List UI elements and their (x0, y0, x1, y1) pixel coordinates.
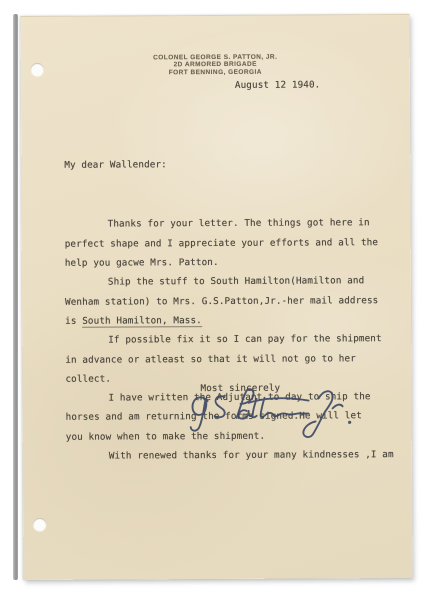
letter-line: If possible fix it so I can pay for the … (65, 329, 405, 350)
typed-text: Ship the stuff to South Hamilton(Hamilto… (108, 276, 364, 288)
scan-edge-shadow (13, 14, 18, 580)
typed-text: Wenham station) to Mrs. G.S.Patton,Jr.-h… (65, 295, 378, 308)
salutation: My dear Wallender: (64, 154, 404, 175)
typed-text: in advance or atleast so that it will no… (65, 353, 356, 366)
typed-text: With renewed thanks for your many kindne… (109, 449, 394, 461)
typed-text: Thanks for your letter. The things got h… (108, 218, 370, 230)
typed-text: perfect shape and I appreciate your effo… (65, 237, 378, 250)
underlined-text: South Hamilton, Mass. (82, 315, 202, 328)
scanned-letter-image: COLONEL GEORGE S. PATTON, JR. 2D ARMORED… (0, 0, 430, 599)
letter-page: COLONEL GEORGE S. PATTON, JR. 2D ARMORED… (21, 14, 413, 580)
typed-text: help you gacwe Mrs. Patton. (65, 257, 219, 269)
letter-line: perfect shape and I appreciate your effo… (65, 233, 405, 254)
letter-line: Ship the stuff to South Hamilton(Hamilto… (65, 271, 405, 292)
letter-line: help you gacwe Mrs. Patton. (65, 252, 405, 273)
typed-text: collect. (65, 373, 111, 384)
letter-line: Thanks for your letter. The things got h… (65, 213, 405, 234)
letterhead-location: FORT BENNING, GEORGIA (21, 68, 410, 77)
letter-line: Wenham station) to Mrs. G.S.Patton,Jr.-h… (65, 291, 405, 312)
punch-hole-bottom (33, 518, 46, 531)
letterhead: COLONEL GEORGE S. PATTON, JR. 2D ARMORED… (21, 53, 410, 77)
letter-date: August 12 1940. (235, 79, 321, 90)
letter-line: in advance or atleast so that it will no… (65, 349, 405, 370)
letter-body: My dear Wallender: Thanks for your lette… (64, 115, 406, 505)
typed-text: is (65, 316, 82, 327)
signature-patton (186, 385, 362, 444)
typed-text: If possible fix it so I can pay for the … (108, 333, 382, 345)
letter-line: With renewed thanks for your many kindne… (66, 445, 406, 466)
letter-line: is South Hamilton, Mass. (65, 310, 405, 331)
